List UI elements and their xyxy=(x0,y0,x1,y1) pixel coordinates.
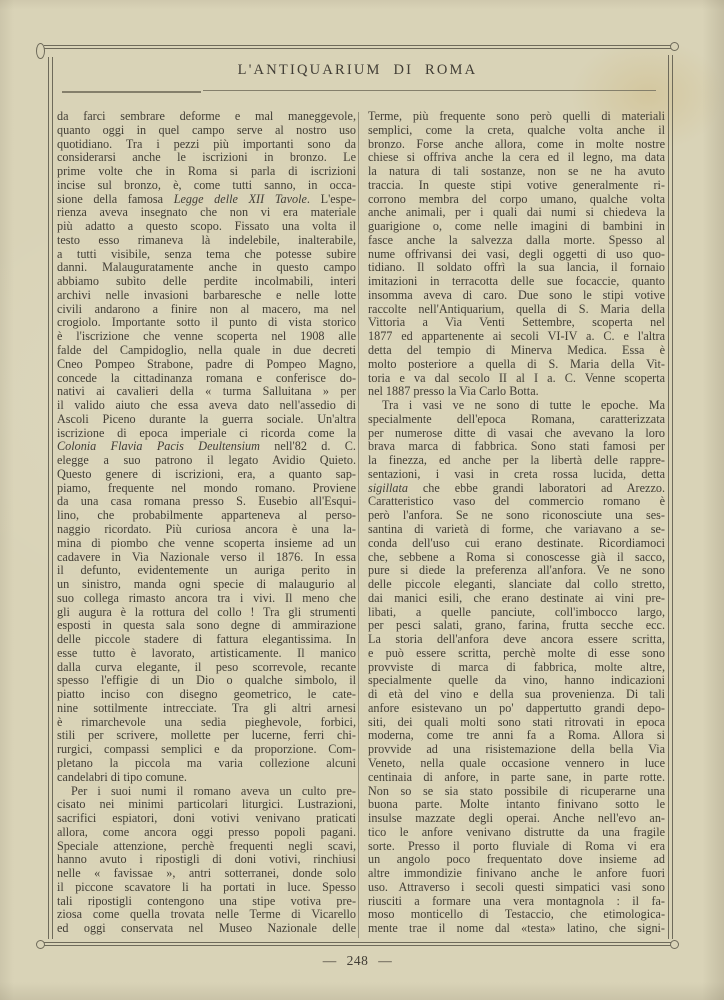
text-line: per pesci salati, grano, farina, frutta … xyxy=(368,619,665,633)
text-line: cadavere in Via Nazionale verso il 1876.… xyxy=(57,551,356,565)
title-rule-left-segment xyxy=(62,91,201,93)
text-line: un angolo poco frequentato dove insieme … xyxy=(368,853,665,867)
text-line: anfore esistevano un po' dappertutto gra… xyxy=(368,702,665,716)
text-line: specialmente dell'epoca Romana, caratter… xyxy=(368,413,665,427)
text-line: e può essere scritta, perchè molte di es… xyxy=(368,647,665,661)
text-line: Colonia Flavia Pacis Deultensium nell'82… xyxy=(57,440,356,454)
text-line: candelabri di tipo comune. xyxy=(57,771,356,785)
text-line: moderna, come tre anni fa a Roma. Allora… xyxy=(368,729,665,743)
text-line: piatto inciso con disegno geometrico, le… xyxy=(57,688,356,702)
text-line: mina di piombo che venne scoperta insiem… xyxy=(57,537,356,551)
text-line: nelle « favissae », antri sotterranei, d… xyxy=(57,867,356,881)
text-line: bronzo. Forse anche allora, come in molt… xyxy=(368,138,665,152)
text-line: concede la cittadinanza romana e conferi… xyxy=(57,372,356,386)
text-line: stili per scrivere, mollette per lucerne… xyxy=(57,729,356,743)
text-line: naggio ricordato. Più curiosa ancora è u… xyxy=(57,523,356,537)
corner-ring-top-left xyxy=(36,43,45,59)
text-line: 1877 ed appartenente ai secoli VI-IV a. … xyxy=(368,330,665,344)
text-line: anche animali, per i quali dai numi si c… xyxy=(368,206,665,220)
text-line: La storia dell'anfora deve ancora essere… xyxy=(368,633,665,647)
text-line: riusciti a formare una vera montagnola :… xyxy=(368,895,665,909)
text-line: Vittoria a Via Venti Settembre, scoperta… xyxy=(368,316,665,330)
corner-ring-bottom-left xyxy=(36,940,45,949)
text-line: lino, che probabilmente apparteneva al p… xyxy=(57,509,356,523)
column-divider-rule xyxy=(358,112,359,938)
text-line: è rimarchevole una sedia pieghevole, for… xyxy=(57,716,356,730)
text-line: insulse mazzate degli operai. Anche nell… xyxy=(368,812,665,826)
frame-bottom-line-inner xyxy=(44,942,671,943)
text-line: la finezza, ed anche per la libertà dell… xyxy=(368,454,665,468)
text-line: nativi ai cavalieri della « turma Sallui… xyxy=(57,385,356,399)
text-line: da una casa romana presso S. Eusebio all… xyxy=(57,495,356,509)
text-line: provviste di marca di fabbrica, molte al… xyxy=(368,661,665,675)
text-line: chiese si offriva anche la cera ed il le… xyxy=(368,151,665,165)
text-line: detta del tempio di Minerva Medica. Essa… xyxy=(368,344,665,358)
text-line: testo esso rimaneva là indelebile, inalt… xyxy=(57,234,356,248)
text-line: mente trae il nome dal «testa» latino, c… xyxy=(368,922,665,936)
text-line: sorte. Presso il porto fluviale di Roma … xyxy=(368,840,665,854)
text-line: buona parte. Molte intanto finivano sott… xyxy=(368,798,665,812)
text-column-left: da farci sembrare deforme e mal maneggev… xyxy=(57,110,356,936)
text-line: libati, a quelle panciute, coll'imbocco … xyxy=(368,606,665,620)
frame-right-line-outer xyxy=(672,55,673,939)
text-line: civili andarono a finire non al macero, … xyxy=(57,303,356,317)
text-line: però l'anfora. Se ne sono riconosciute u… xyxy=(368,509,665,523)
text-line: molto posteriore a quella di S. Maria de… xyxy=(368,358,665,372)
text-line: il piccone scavatore li ha portati in lu… xyxy=(57,881,356,895)
text-line: traccia. In queste stipi votive generalm… xyxy=(368,179,665,193)
text-line: brava marca di fabbrica. Sono stati famo… xyxy=(368,440,665,454)
text-line: sigillata che ebbe grandi laboratori ad … xyxy=(368,482,665,496)
text-line: guarigione o, come nelle imagini di bamb… xyxy=(368,220,665,234)
text-line: ed oggi conservata nel Museo Nazionale d… xyxy=(57,922,356,936)
text-line: tico le anfore venivano distrutte da una… xyxy=(368,826,665,840)
text-line: imitazioni in terracotta delle sue focac… xyxy=(368,275,665,289)
text-line: suo collega rimasto ancora tra i vivi. I… xyxy=(57,592,356,606)
text-line: che, sebbene a Roma si conoscesse già il… xyxy=(368,551,665,565)
text-line: quotidiano. Tra i pezzi più importanti s… xyxy=(57,138,356,152)
title-rule-right-segment xyxy=(203,90,656,92)
text-line: Terme, più frequente sono però quelli di… xyxy=(368,110,665,124)
text-line: di età del vino e della sua provenienza.… xyxy=(368,688,665,702)
text-line: delle piccole stadere di fattura elegant… xyxy=(57,633,356,647)
text-line: Questo genere di iscrizioni, era, a quan… xyxy=(57,468,356,482)
text-line: crogiolo. Importante sotto il punto di v… xyxy=(57,316,356,330)
text-line: altre immondizie finivano anche le anfor… xyxy=(368,867,665,881)
text-line: specialmente quelle da vino, hanno indic… xyxy=(368,674,665,688)
text-line: esposti in questa sala sono degne di amm… xyxy=(57,619,356,633)
text-line: conda dell'uso cui erano destinate. Rico… xyxy=(368,537,665,551)
text-column-right: Terme, più frequente sono però quelli di… xyxy=(368,110,665,936)
text-line: Speciale attenzione, perchè frequenti ne… xyxy=(57,840,356,854)
text-line: spesso l'effigie di un Dio o qualche sim… xyxy=(57,674,356,688)
text-line: tali ripostigli contengono una stipe vot… xyxy=(57,895,356,909)
text-line: allora, come ancora oggi presso popoli p… xyxy=(57,826,356,840)
text-line: Ascoli Piceno durante la guerra sociale.… xyxy=(57,413,356,427)
text-line: tidiano. Il soldato offrì la sua lancia,… xyxy=(368,261,665,275)
text-line: quanto oggi in quel campo serve al nostr… xyxy=(57,124,356,138)
text-line: Non so se sia stato possibile di ricuper… xyxy=(368,785,665,799)
text-line: hanno avuto i ripostigli di doni votivi,… xyxy=(57,853,356,867)
text-line: rienza aveva insegnato che non vi era ma… xyxy=(57,206,356,220)
corner-ring-top-right xyxy=(670,42,679,51)
text-line: Veneto, nella quale occasione vennero in… xyxy=(368,757,665,771)
text-line: gli augura è la rottura del collo ! Tra … xyxy=(57,606,356,620)
text-line: delle piccole eleganti, slanciate dal co… xyxy=(368,578,665,592)
text-line: sacrifici espiatori, doni votivi venivan… xyxy=(57,812,356,826)
text-line: Per i suoi numi il romano aveva un culto… xyxy=(57,785,356,799)
text-line: il valido aiuto che essa aveva dato nell… xyxy=(57,399,356,413)
text-line: esse tutto è lavorato, artisticamente. I… xyxy=(57,647,356,661)
text-line: corrono membra del corpo umano, qualche … xyxy=(368,193,665,207)
text-line: un sinistro, manda ogni specie di malaug… xyxy=(57,578,356,592)
frame-top-line-inner xyxy=(44,48,671,49)
page-title: L'ANTIQUARIUM DI ROMA xyxy=(44,62,671,79)
text-line: insomma aveva di caro. Due sono le stipi… xyxy=(368,289,665,303)
text-line: per numerose ditte di vasai che avevano … xyxy=(368,427,665,441)
text-line: iscrizione di epoca imperiale ci ricorda… xyxy=(57,427,356,441)
frame-right-line-inner xyxy=(668,55,669,939)
text-line: provvide ad una risistemazione della bel… xyxy=(368,743,665,757)
text-line: a tutti visibile, senza tema che potesse… xyxy=(57,248,356,262)
frame-left-line-outer xyxy=(48,57,49,939)
text-line: santina di varietà di forme, che variava… xyxy=(368,523,665,537)
text-line: uso. Attraverso i secoli questi simpatic… xyxy=(368,881,665,895)
text-line: semplici, come la creta, qualche volta a… xyxy=(368,124,665,138)
text-line: centinaia di anfore, in parte sane, in p… xyxy=(368,771,665,785)
text-line: nel 1887 presso la Via Carlo Botta. xyxy=(368,385,665,399)
text-line: la natura di tali sostanze, non se ne ha… xyxy=(368,165,665,179)
text-line: dalla curva elegante, il peso scorrevole… xyxy=(57,661,356,675)
text-line: piamo, frequente nel mondo romano. Provi… xyxy=(57,482,356,496)
page-number: — 248 — xyxy=(44,953,671,969)
text-line: pure si diede la preferenza all'anfora. … xyxy=(368,564,665,578)
text-line: dai manici esili, che erano destinate ai… xyxy=(368,592,665,606)
text-line: sentazioni, i vasi in creta rossa lucida… xyxy=(368,468,665,482)
text-line: nine sottilmente intrecciate. Tra gli al… xyxy=(57,702,356,716)
frame-top-line-outer xyxy=(44,45,671,46)
text-line: danni. Malauguratamente anche in questo … xyxy=(57,261,356,275)
text-line: archivi nelle invasioni barbaresche e ne… xyxy=(57,289,356,303)
text-line: Cneo Pompeo Strabone, padre di Pompeo Ma… xyxy=(57,358,356,372)
frame-left-line-inner xyxy=(52,57,53,939)
text-line: il defunto, evidentemente un auriga peri… xyxy=(57,564,356,578)
text-line: moso monticello di Testaccio, che etimol… xyxy=(368,908,665,922)
text-line: è l'iscrizione che venne scoperta nel 19… xyxy=(57,330,356,344)
frame-bottom-line-outer xyxy=(44,945,671,946)
text-line: toria e va dal secolo II al I a. C. Venn… xyxy=(368,372,665,386)
text-line: considerarsi anche le iscrizioni in bron… xyxy=(57,151,356,165)
text-line: prime volte che in Roma si parla di iscr… xyxy=(57,165,356,179)
text-line: pletano la piccola ma varia collezione a… xyxy=(57,757,356,771)
text-line: più adatto a questo scopo. Fissato una v… xyxy=(57,220,356,234)
text-line: abbiamo subìto delle perdite incolmabili… xyxy=(57,275,356,289)
text-line: raccolte nell'Antiquarium, quella di S. … xyxy=(368,303,665,317)
text-line: nume offrivansi dei vasi, degli oggetti … xyxy=(368,248,665,262)
text-line: elegge a suo patrono il legato Avidio Qu… xyxy=(57,454,356,468)
text-line: rurgici, compassi semplici e da proporzi… xyxy=(57,743,356,757)
text-line: cisato nei minimi particolari liturgici.… xyxy=(57,798,356,812)
text-line: sione della famosa Legge delle XII Tavol… xyxy=(57,193,356,207)
text-line: falde del Campidoglio, nella quale in du… xyxy=(57,344,356,358)
corner-ring-bottom-right xyxy=(670,940,679,949)
text-line: da farci sembrare deforme e mal maneggev… xyxy=(57,110,356,124)
text-line: siti, dei quali molti sono stati ritrova… xyxy=(368,716,665,730)
text-line: incise sul bronzo, è, come tutti sanno, … xyxy=(57,179,356,193)
text-line: fasce anche la salvezza dalla morte. Spe… xyxy=(368,234,665,248)
text-line: Caratteristico vaso del commercio romano… xyxy=(368,495,665,509)
text-line: ziosa come quella trovata nelle Terme di… xyxy=(57,908,356,922)
text-line: Tra i vasi ve ne sono di tutte le epoche… xyxy=(368,399,665,413)
